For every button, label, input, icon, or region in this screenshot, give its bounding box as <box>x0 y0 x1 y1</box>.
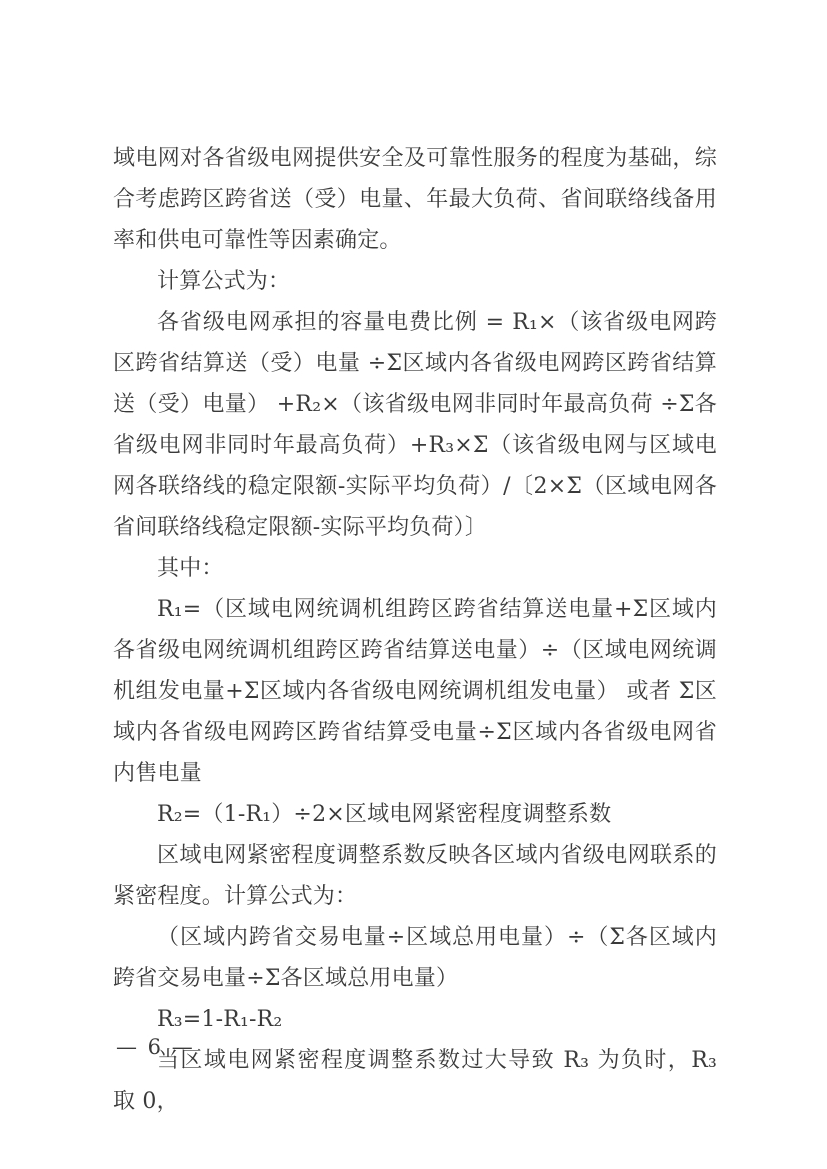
body-paragraph-r1-definition: R₁=（区域电网统调机组跨区跨省结算送电量+Σ区域内各省级电网统调机组跨区跨省结… <box>113 589 717 794</box>
body-paragraph-among-which: 其中： <box>113 548 717 589</box>
body-paragraph-r3-definition: R₃=1-R₁-R₂ <box>113 999 717 1040</box>
body-paragraph-tightness-formula: （区域内跨省交易电量÷区域总用电量）÷（Σ各区域内跨省交易电量÷Σ各区域总用电量… <box>113 917 717 999</box>
document-page: 域电网对各省级电网提供安全及可靠性服务的程度为基础，综合考虑跨区跨省送（受）电量… <box>0 0 827 1169</box>
page-number: — 6 — <box>116 1032 195 1062</box>
document-body: 域电网对各省级电网提供安全及可靠性服务的程度为基础，综合考虑跨区跨省送（受）电量… <box>113 138 717 1122</box>
body-paragraph-continuation: 域电网对各省级电网提供安全及可靠性服务的程度为基础，综合考虑跨区跨省送（受）电量… <box>113 138 717 261</box>
body-paragraph-formula-intro: 计算公式为： <box>113 261 717 302</box>
body-paragraph-r3-negative-rule: 当区域电网紧密程度调整系数过大导致 R₃ 为负时，R₃ 取 0， <box>113 1040 717 1122</box>
body-paragraph-r2-definition: R₂=（1-R₁）÷2×区域电网紧密程度调整系数 <box>113 794 717 835</box>
body-paragraph-capacity-fee-formula: 各省级电网承担的容量电费比例 = R₁×（该省级电网跨区跨省结算送（受）电量 ÷… <box>113 302 717 548</box>
body-paragraph-tightness-coefficient: 区域电网紧密程度调整系数反映各区域内省级电网联系的紧密程度。计算公式为： <box>113 835 717 917</box>
